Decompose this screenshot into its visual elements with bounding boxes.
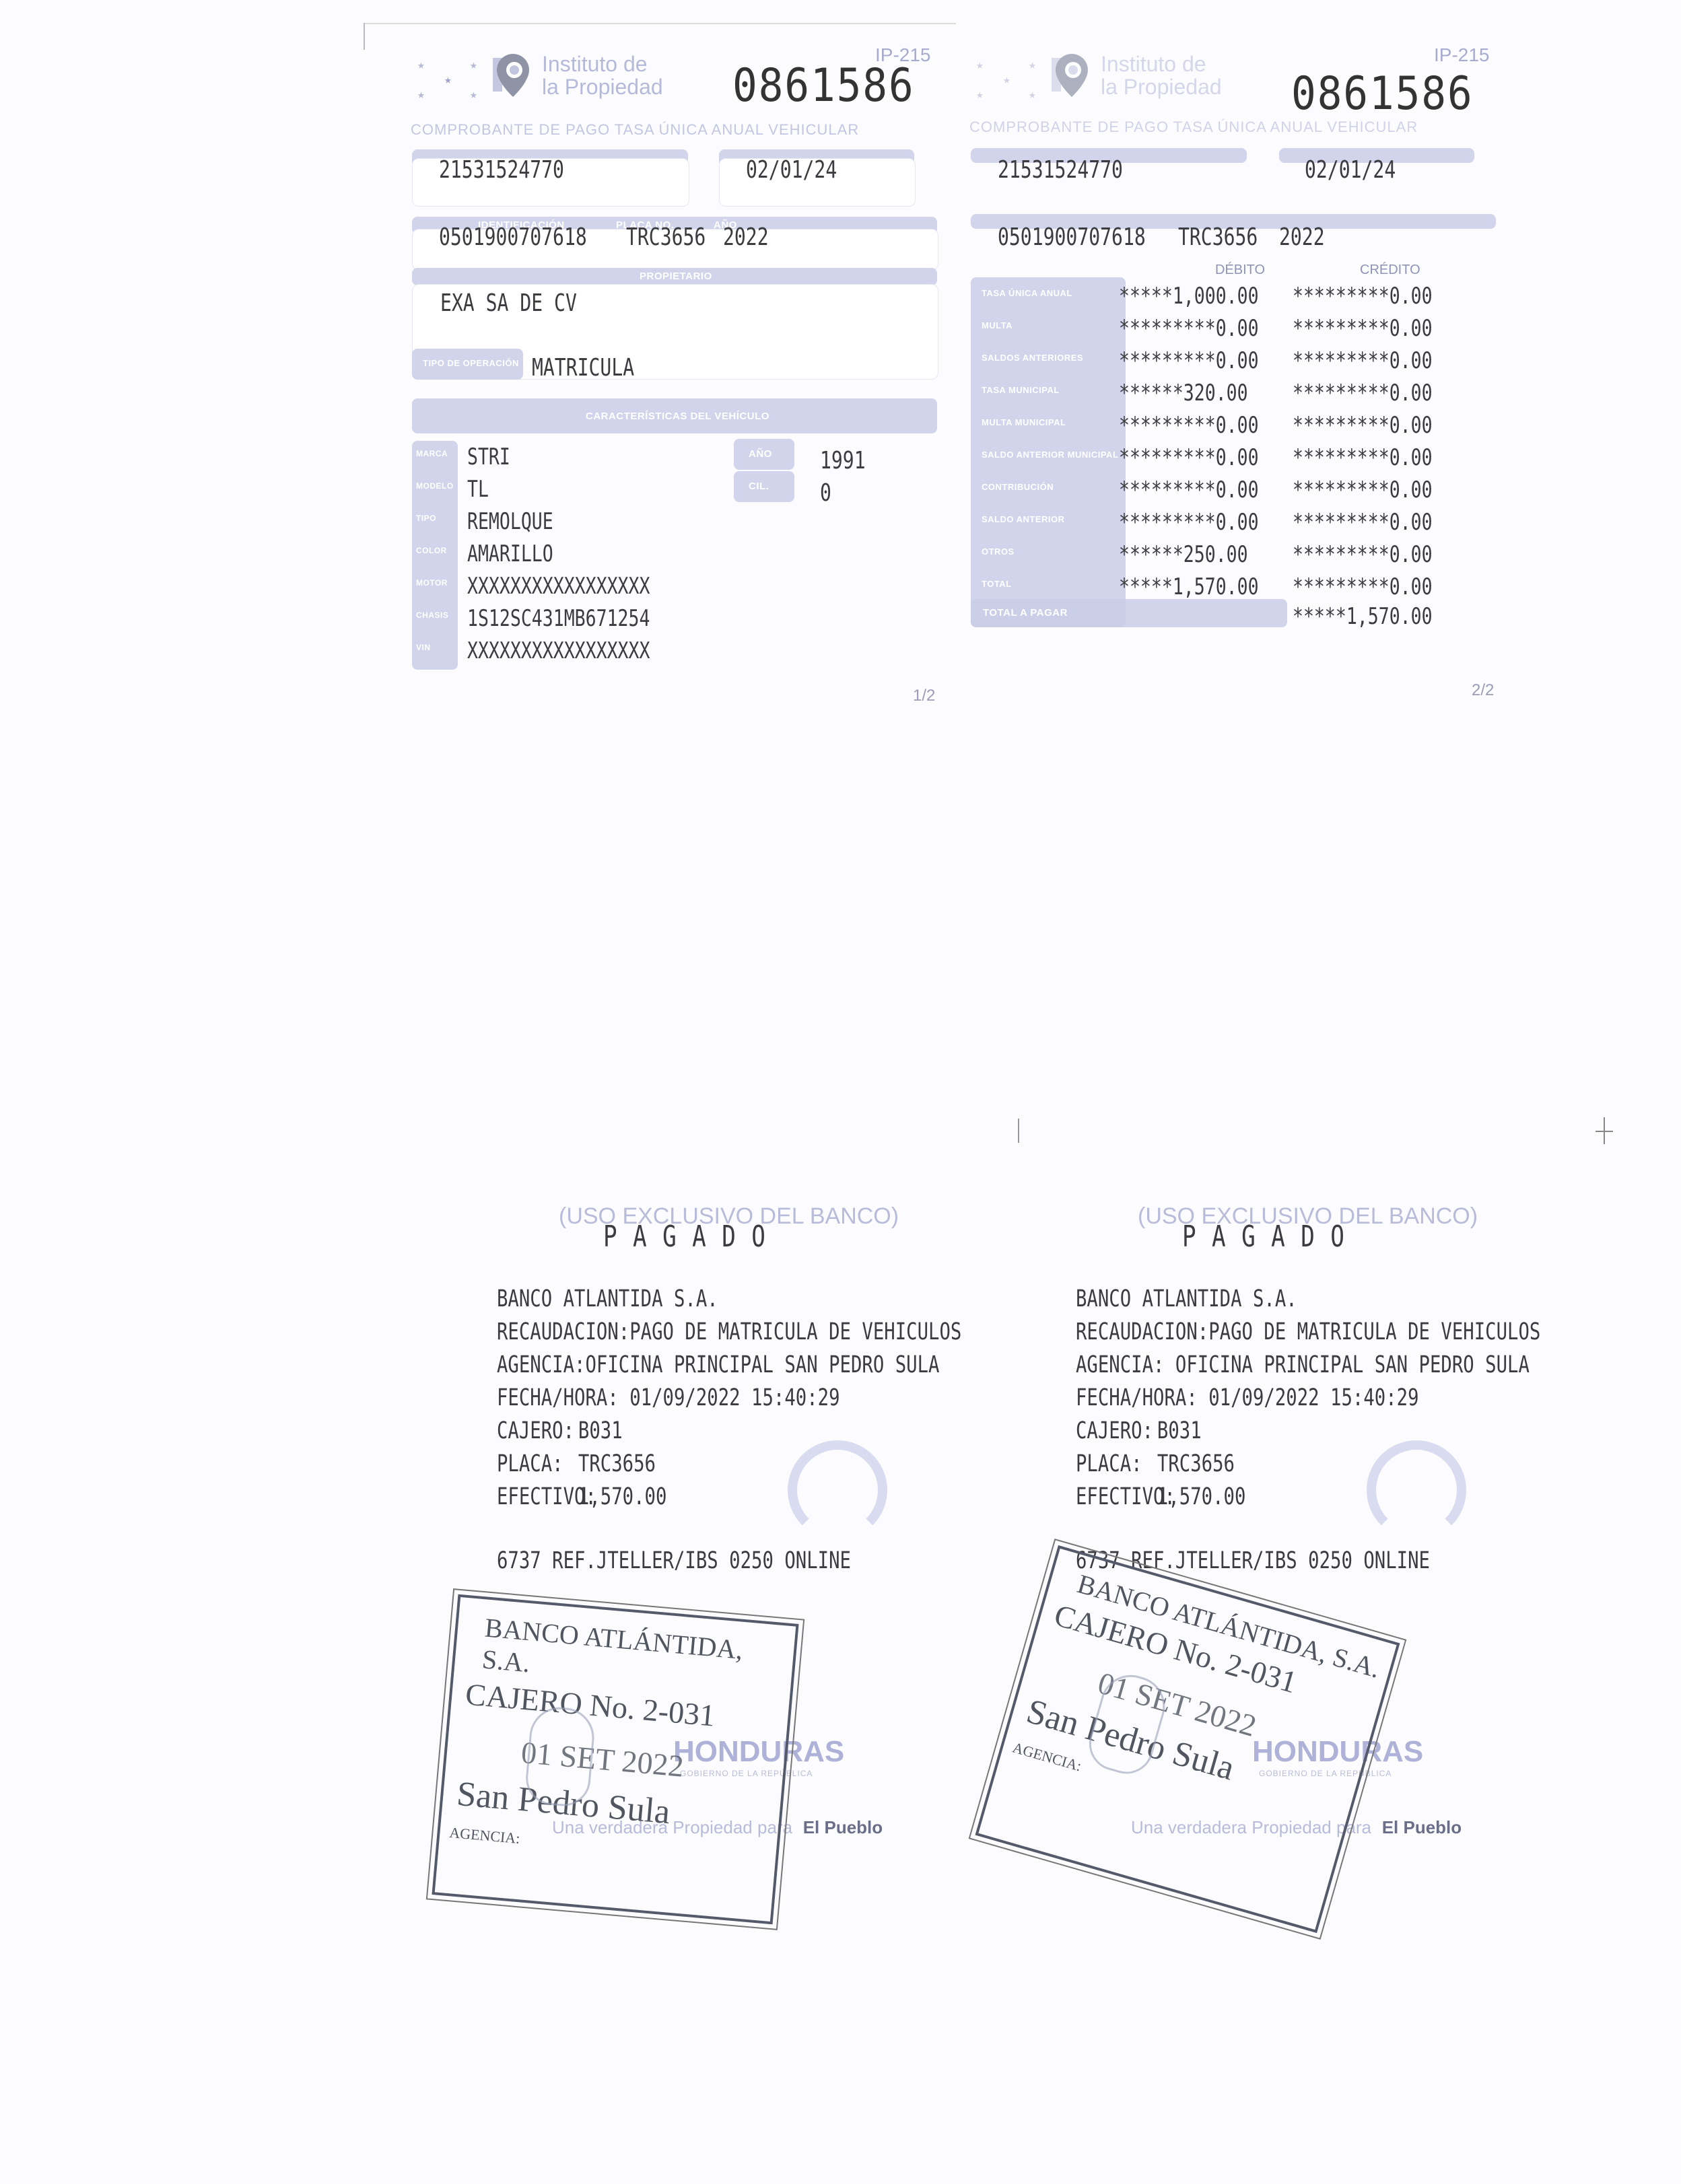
charge-label: TASA MUNICIPAL <box>982 385 1060 395</box>
bank-cashier-stamp: BANCO ATLÁNTIDA, S.A. CAJERO No. 2-031 0… <box>975 1545 1400 1933</box>
vehicle-field-value: XXXXXXXXXXXXXXXXX <box>467 637 650 664</box>
vehicle-field-label: TIPO <box>416 514 436 523</box>
anio-value: 2022 <box>1279 223 1325 251</box>
form-code: IP-215 <box>1434 44 1490 66</box>
charge-row: TASA ÚNICA ANUAL*****1,000.00*********0.… <box>971 280 1496 312</box>
vehicle-field-value: XXXXXXXXXXXXXXXXX <box>467 573 650 600</box>
debit-amount: ******250.00 <box>1119 538 1248 571</box>
charge-row: CONTRIBUCIÓN*********0.00*********0.00 <box>971 474 1496 506</box>
crop-mark-right-v <box>1604 1117 1605 1144</box>
vehicle-field-value: TL <box>467 476 489 503</box>
debit-amount: *****1,000.00 <box>1119 280 1259 312</box>
placa-line: PLACA:TRC3656 <box>1076 1448 1540 1481</box>
issue-date: 02/01/24 <box>1305 156 1396 184</box>
charge-label: OTROS <box>982 547 1015 557</box>
identificacion-value: 0501900707618 <box>998 223 1146 251</box>
anio-modelo-label: AÑO <box>749 448 772 460</box>
ip-logo-pin-icon <box>493 51 533 102</box>
bank-receipt-lines: BANCO ATLANTIDA S.A. RECAUDACION:PAGO DE… <box>1076 1283 1672 1578</box>
charge-row: TOTAL*****1,570.00*********0.00 <box>971 571 1496 603</box>
vehicle-row: CHASIS1S12SC431MB671254 <box>412 602 937 635</box>
charge-row: SALDO ANTERIOR*********0.00*********0.00 <box>971 506 1496 538</box>
charge-label: TASA ÚNICA ANUAL <box>982 288 1072 298</box>
placa-line: PLACA:TRC3656 <box>497 1448 961 1481</box>
honduras-stars-icon: ★ ★ ★ ★ ★ <box>411 54 485 114</box>
vehicle-field-value: 1S12SC431MB671254 <box>467 605 650 632</box>
vehicle-row: MOTORXXXXXXXXXXXXXXXXX <box>412 570 937 602</box>
reference-number: 21531524770 <box>998 156 1123 184</box>
receipt-subtitle: COMPROBANTE DE PAGO TASA ÚNICA ANUAL VEH… <box>411 121 859 139</box>
vehicle-field-label: MOTOR <box>416 578 448 588</box>
credito-header: CRÉDITO <box>1360 262 1420 278</box>
charge-label: SALDOS ANTERIORES <box>982 353 1083 363</box>
total-pagar-label: TOTAL A PAGAR <box>983 607 1068 619</box>
total-pagar-value: *****1,570.00 <box>1293 600 1433 633</box>
institution-name: Instituto de la Propiedad <box>542 52 663 98</box>
page-indicator-1: 1/2 <box>913 686 935 705</box>
credit-amount: *********0.00 <box>1293 312 1433 345</box>
identificacion-value: 0501900707618 <box>439 223 587 251</box>
charge-label: SALDO ANTERIOR <box>982 514 1065 524</box>
credit-amount: *********0.00 <box>1293 345 1433 377</box>
fold-mark <box>1018 1119 1019 1143</box>
cil-label: CIL. <box>749 481 769 492</box>
charge-row: MULTA*********0.00*********0.00 <box>971 312 1496 345</box>
debit-amount: *********0.00 <box>1119 409 1259 442</box>
bank-receipt-left: (USO EXCLUSIVO DEL BANCO) PAGADO BANCO A… <box>471 1185 1023 1959</box>
vehicle-row: VINXXXXXXXXXXXXXXXXX <box>412 635 937 667</box>
bank-receipt-right: (USO EXCLUSIVO DEL BANCO) PAGADO BANCO A… <box>1050 1185 1602 1959</box>
vehicle-field-label: MARCA <box>416 449 448 458</box>
debit-amount: *********0.00 <box>1119 442 1259 474</box>
debit-amount: *********0.00 <box>1119 312 1259 345</box>
vehicle-field-value: AMARILLO <box>467 540 553 567</box>
coat-of-arms-icon <box>524 1705 596 1808</box>
placa-value: TRC3656 <box>626 223 706 251</box>
bank-receipt-lines: BANCO ATLANTIDA S.A. RECAUDACION:PAGO DE… <box>497 1283 1093 1578</box>
bank-name: BANCO ATLANTIDA S.A. <box>497 1283 961 1316</box>
honduras-stars-icon: ★ ★ ★ ★ ★ <box>969 54 1043 114</box>
charge-row: MULTA MUNICIPAL*********0.00*********0.0… <box>971 409 1496 442</box>
watermark-ring-icon <box>1367 1440 1466 1540</box>
credit-amount: *********0.00 <box>1293 442 1433 474</box>
vehicle-row: COLORAMARILLO <box>412 538 937 570</box>
debit-amount: *********0.00 <box>1119 474 1259 506</box>
charge-row: TASA MUNICIPAL******320.00*********0.00 <box>971 377 1496 409</box>
credit-amount: *********0.00 <box>1293 571 1433 603</box>
paid-status: PAGADO <box>603 1220 781 1254</box>
reference-line: 6737 REF.JTELLER/IBS 0250 ONLINE <box>497 1545 961 1578</box>
efectivo-value: 1,570.00 <box>1157 1483 1245 1510</box>
recaudacion-line: RECAUDACION:PAGO DE MATRICULA DE VEHICUL… <box>497 1316 961 1349</box>
institution-name: Instituto de la Propiedad <box>1101 52 1222 98</box>
folio-number: 0861586 <box>1291 67 1474 120</box>
reference-number: 21531524770 <box>439 156 564 184</box>
efectivo-line: EFECTIVO:1,570.00 <box>1076 1481 1540 1514</box>
efectivo-line: EFECTIVO:1,570.00 <box>497 1481 961 1514</box>
fecha-hora-line: FECHA/HORA: 01/09/2022 15:40:29 <box>497 1382 961 1415</box>
credit-amount: *********0.00 <box>1293 280 1433 312</box>
vehicle-row: MODELOTL <box>412 473 937 505</box>
charge-row: SALDOS ANTERIORES*********0.00*********0… <box>971 345 1496 377</box>
vehicle-field-value: REMOLQUE <box>467 508 553 535</box>
charge-row: OTROS******250.00*********0.00 <box>971 538 1496 571</box>
watermark-ring-icon <box>788 1440 887 1540</box>
vehicle-field-label: COLOR <box>416 546 447 555</box>
debit-amount: *****1,570.00 <box>1119 571 1259 603</box>
debit-amount: ******320.00 <box>1119 377 1248 409</box>
cajero-value: B031 <box>578 1417 623 1444</box>
receipt-page-2: ★ ★ ★ ★ ★ Instituto de la Propiedad IP-2… <box>963 40 1501 707</box>
anio-modelo-value: 1991 <box>820 447 866 474</box>
credit-amount: *********0.00 <box>1293 409 1433 442</box>
tipo-operacion-label: TIPO DE OPERACIÓN <box>423 358 519 368</box>
debit-amount: *********0.00 <box>1119 345 1259 377</box>
cajero-value: B031 <box>1157 1417 1202 1444</box>
credit-amount: *********0.00 <box>1293 506 1433 538</box>
debito-header: DÉBITO <box>1215 262 1265 278</box>
page-indicator-2: 2/2 <box>1472 681 1494 700</box>
vehicle-field-label: VIN <box>416 643 431 652</box>
paid-status: PAGADO <box>1182 1220 1360 1254</box>
crop-mark-top-left-v <box>364 23 365 50</box>
bank-cashier-stamp: BANCO ATLÁNTIDA, S.A. CAJERO No. 2-031 0… <box>432 1594 798 1925</box>
propietario-label: PROPIETARIO <box>640 271 712 282</box>
receipt-subtitle: COMPROBANTE DE PAGO TASA ÚNICA ANUAL VEH… <box>969 118 1418 136</box>
agencia-line: AGENCIA: OFICINA PRINCIPAL SAN PEDRO SUL… <box>1076 1349 1540 1382</box>
charge-label: TOTAL <box>982 579 1012 589</box>
ip-logo-pin-icon <box>1052 51 1092 102</box>
vehiculo-header: CARACTERÍSTICAS DEL VEHÍCULO <box>586 411 769 422</box>
cajero-line: CAJERO:B031 <box>497 1415 961 1448</box>
charge-label: SALDO ANTERIOR MUNICIPAL <box>982 450 1118 460</box>
bank-name: BANCO ATLANTIDA S.A. <box>1076 1283 1540 1316</box>
credit-amount: *********0.00 <box>1293 474 1433 506</box>
cil-value: 0 <box>820 479 831 507</box>
receipt-page-1: ★ ★ ★ ★ ★ Instituto de la Propiedad IP-2… <box>404 40 942 707</box>
credit-amount: *********0.00 <box>1293 377 1433 409</box>
tipo-operacion-value: MATRICULA <box>532 354 634 382</box>
charge-label: CONTRIBUCIÓN <box>982 482 1054 492</box>
vehicle-field-label: MODELO <box>416 481 454 491</box>
recaudacion-line: RECAUDACION:PAGO DE MATRICULA DE VEHICUL… <box>1076 1316 1540 1349</box>
anio-value: 2022 <box>723 223 769 251</box>
placa-value: TRC3656 <box>578 1450 656 1477</box>
charge-label: MULTA MUNICIPAL <box>982 417 1066 427</box>
efectivo-value: 1,570.00 <box>578 1483 666 1510</box>
cajero-line: CAJERO:B031 <box>1076 1415 1540 1448</box>
placa-value: TRC3656 <box>1157 1450 1235 1477</box>
debit-amount: *********0.00 <box>1119 506 1259 538</box>
placa-value: TRC3656 <box>1178 223 1258 251</box>
charge-label: MULTA <box>982 320 1013 330</box>
issue-date: 02/01/24 <box>746 156 837 184</box>
fecha-hora-line: FECHA/HORA: 01/09/2022 15:40:29 <box>1076 1382 1540 1415</box>
charge-row: SALDO ANTERIOR MUNICIPAL*********0.00***… <box>971 442 1496 474</box>
credit-amount: *********0.00 <box>1293 538 1433 571</box>
folio-number: 0861586 <box>732 59 915 112</box>
agencia-line: AGENCIA:OFICINA PRINCIPAL SAN PEDRO SULA <box>497 1349 961 1382</box>
vehicle-field-label: CHASIS <box>416 610 448 620</box>
vehicle-row: TIPOREMOLQUE <box>412 505 937 538</box>
crop-mark-top-left <box>364 23 956 24</box>
propietario-value: EXA SA DE CV <box>440 289 577 317</box>
vehicle-field-value: STRI <box>467 444 510 470</box>
